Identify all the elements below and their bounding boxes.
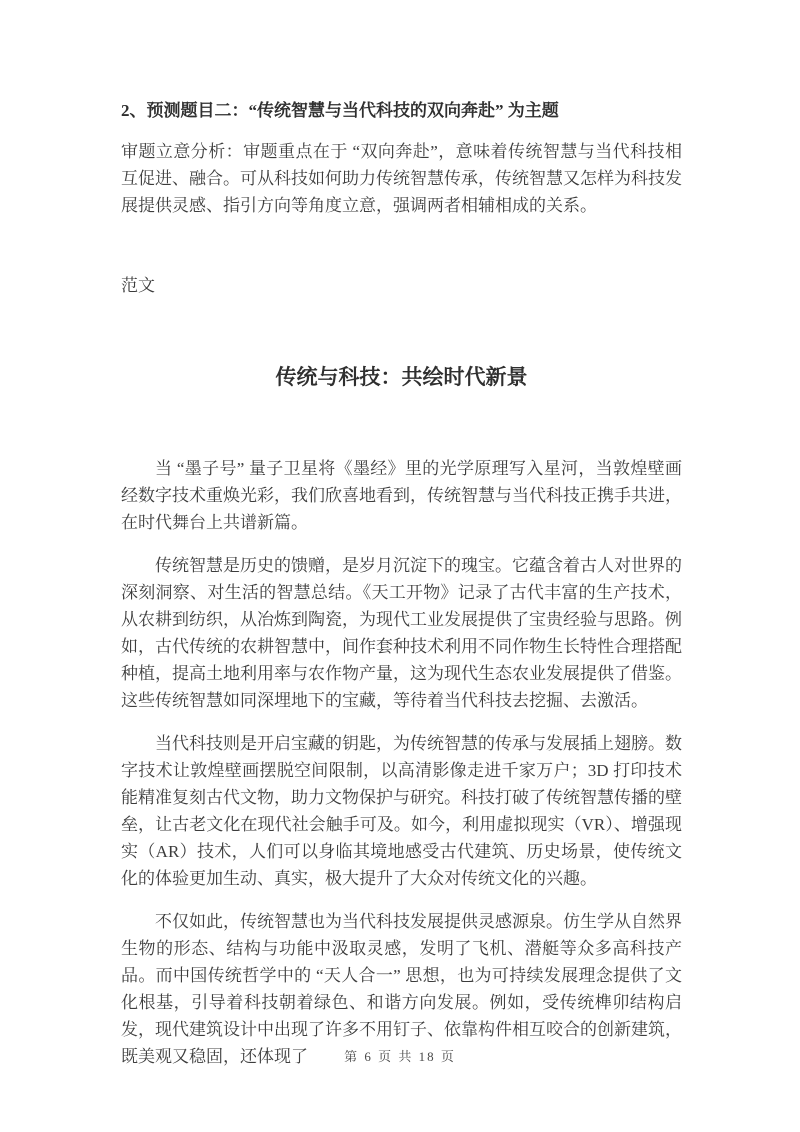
essay-paragraph-3: 当代科技则是开启宝藏的钥匙，为传统智慧的传承与发展插上翅膀。数字技术让敦煌壁画摆… (121, 730, 682, 892)
analysis-paragraph: 审题立意分析：审题重点在于 “双向奔赴”，意味着传统智慧与当代科技相互促进、融合… (121, 138, 682, 219)
page-number-footer: 第 6 页 共 18 页 (0, 1048, 800, 1066)
essay-paragraph-1: 当 “墨子号” 量子卫星将《墨经》里的光学原理写入星河，当敦煌壁画经数字技术重焕… (121, 455, 682, 536)
sample-essay-label: 范文 (121, 272, 682, 299)
essay-paragraph-2: 传统智慧是历史的馈赠，是岁月沉淀下的瑰宝。它蕴含着古人对世界的深刻洞察、对生活的… (121, 552, 682, 714)
document-page: 2、预测题目二：“传统智慧与当代科技的双向奔赴” 为主题 审题立意分析：审题重点… (0, 0, 800, 1132)
essay-title: 传统与科技：共绘时代新景 (121, 362, 682, 392)
topic-heading: 2、预测题目二：“传统智慧与当代科技的双向奔赴” 为主题 (121, 97, 682, 124)
document-content: 2、预测题目二：“传统智慧与当代科技的双向奔赴” 为主题 审题立意分析：审题重点… (121, 0, 682, 1070)
essay-paragraph-4: 不仅如此，传统智慧也为当代科技发展提供灵感源泉。仿生学从自然界生物的形态、结构与… (121, 908, 682, 1070)
